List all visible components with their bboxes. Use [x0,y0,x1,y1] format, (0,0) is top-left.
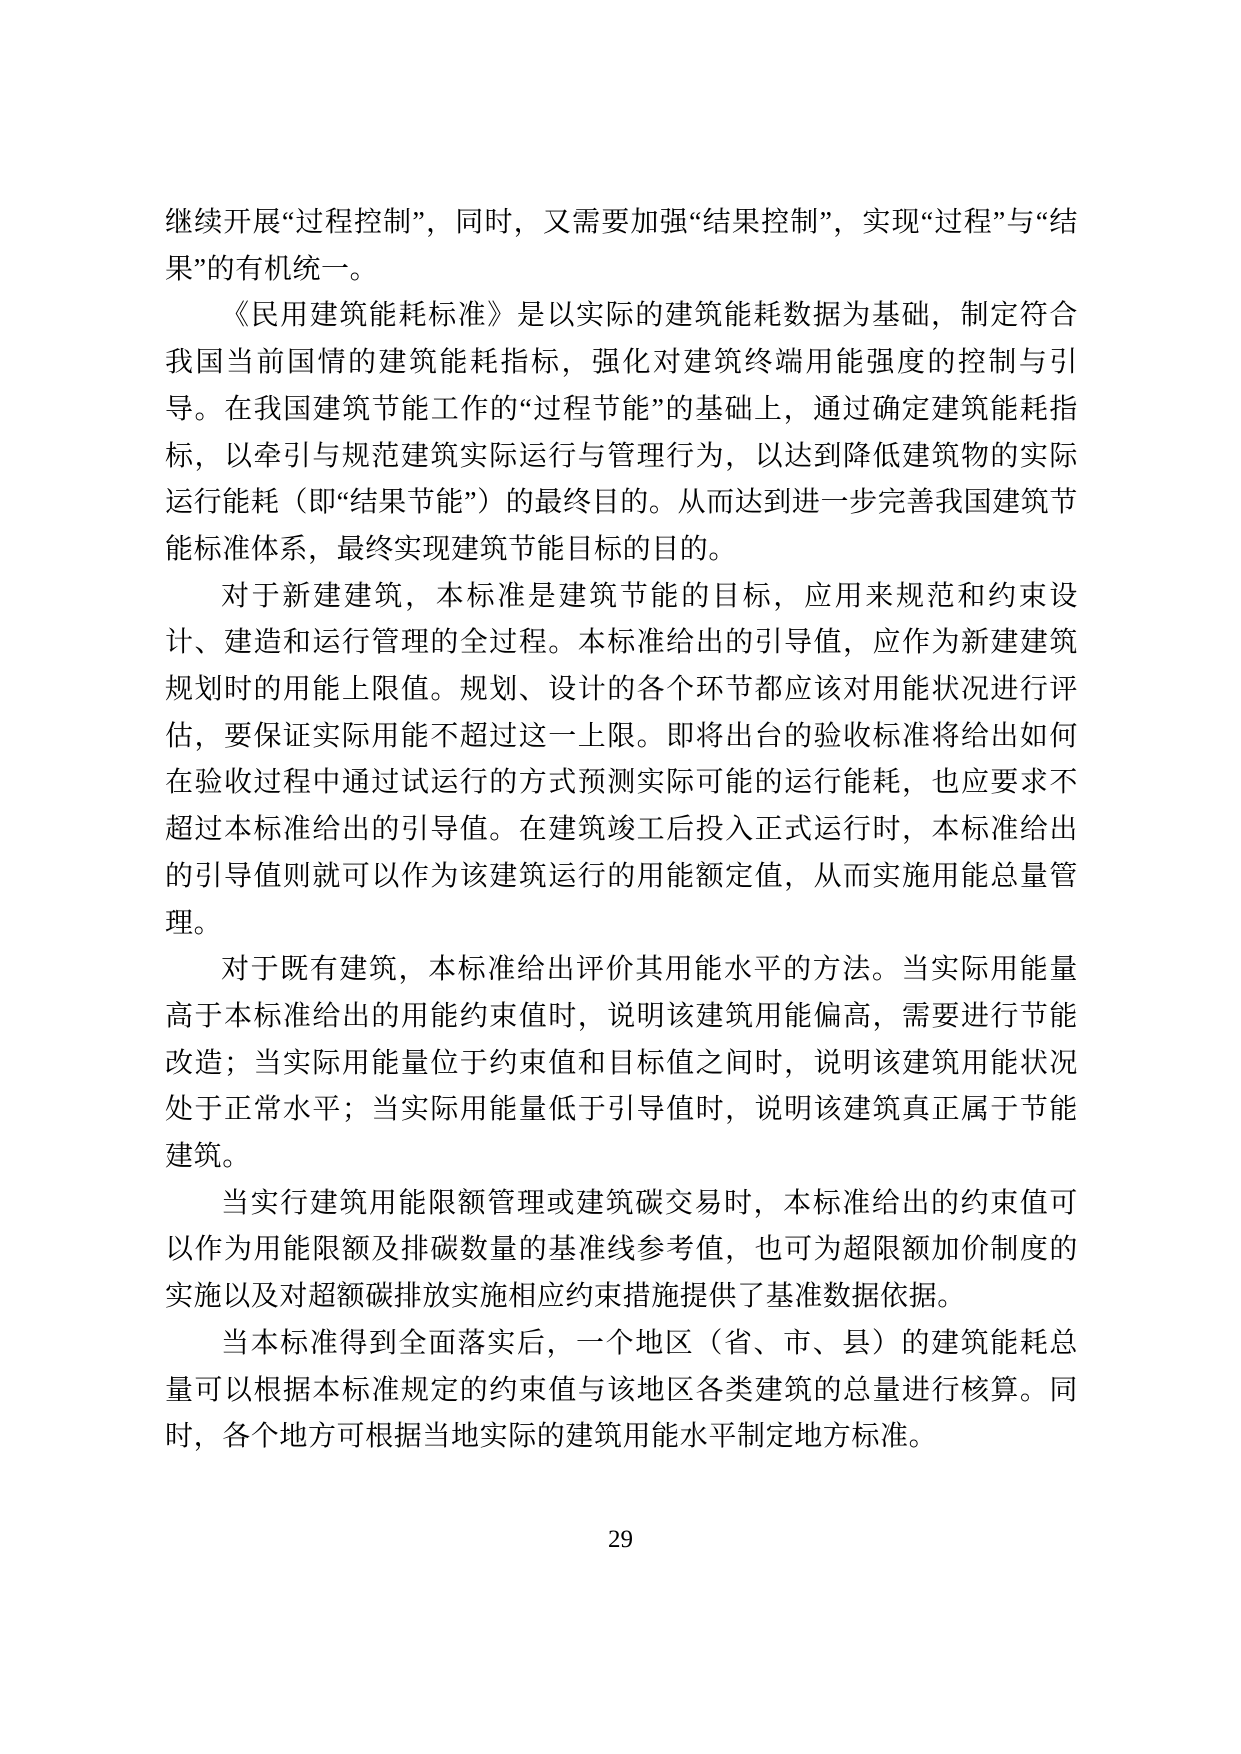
page-number: 29 [608,1526,633,1553]
document-page: 继续开展“过程控制”，同时，又需要加强“结果控制”，实现“过程”与“结果”的有机… [0,0,1241,1754]
paragraph: 当本标准得到全面落实后，一个地区（省、市、县）的建筑能耗总量可以根据本标准规定的… [165,1321,1078,1461]
page-content: 继续开展“过程控制”，同时，又需要加强“结果控制”，实现“过程”与“结果”的有机… [165,200,1078,1461]
paragraph-continuation: 继续开展“过程控制”，同时，又需要加强“结果控制”，实现“过程”与“结果”的有机… [165,200,1078,293]
paragraph: 对于新建建筑，本标准是建筑节能的目标，应用来规范和约束设计、建造和运行管理的全过… [165,574,1078,948]
paragraph: 对于既有建筑，本标准给出评价其用能水平的方法。当实际用能量高于本标准给出的用能约… [165,947,1078,1181]
paragraph: 《民用建筑能耗标准》是以实际的建筑能耗数据为基础，制定符合我国当前国情的建筑能耗… [165,293,1078,573]
page-footer: 29 [0,1524,1241,1556]
paragraph: 当实行建筑用能限额管理或建筑碳交易时，本标准给出的约束值可以作为用能限额及排碳数… [165,1181,1078,1321]
